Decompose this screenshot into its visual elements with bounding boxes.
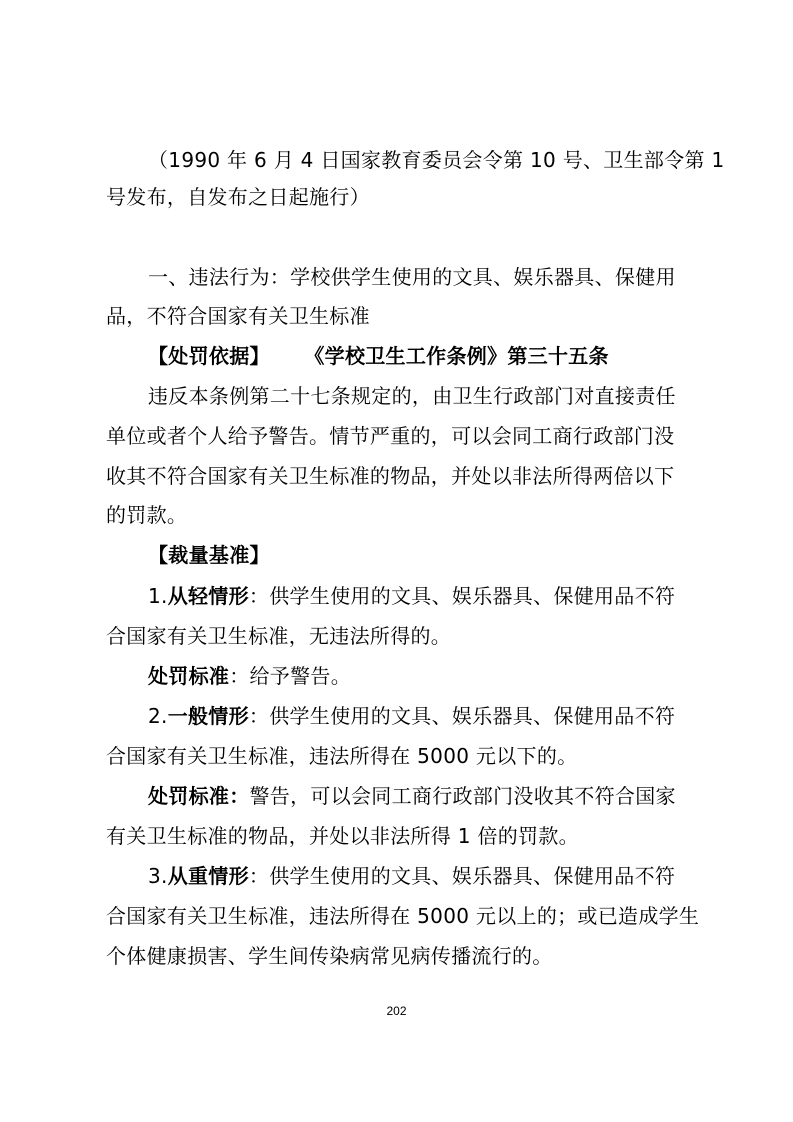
item-2-line-2: 合国家有关卫生标准，违法所得在 5000 元以下的。 bbox=[106, 742, 691, 770]
item-2-penalty-line-2: 有关卫生标准的物品，并处以非法所得 1 倍的罚款。 bbox=[106, 822, 691, 850]
penalty-basis-label: 【处罚依据】 bbox=[148, 344, 270, 368]
discretion-standard-heading: 【裁量基准】 bbox=[148, 541, 733, 569]
item-1-title: 从轻情形 bbox=[168, 584, 249, 608]
source-note-line-1: （1990 年 6 月 4 日国家教育委员会令第 10 号、卫生部令第 1 bbox=[148, 146, 733, 174]
item-2-penalty-text: 警告，可以会同工商行政部门没收其不符合国家 bbox=[250, 784, 676, 808]
regulation-text-line-1: 违反本条例第二十七条规定的，由卫生行政部门对直接责任 bbox=[148, 382, 733, 410]
item-1-text: ：供学生使用的文具、娱乐器具、保健用品不符 bbox=[249, 584, 675, 608]
item-3-line-1: 3.从重情形：供学生使用的文具、娱乐器具、保健用品不符 bbox=[148, 862, 733, 890]
penalty-basis: 【处罚依据】 《学校卫生工作条例》第三十五条 bbox=[148, 342, 733, 370]
regulation-text-line-3: 收其不符合国家有关卫生标准的物品，并处以非法所得两倍以下 bbox=[106, 462, 691, 490]
item-2-penalty-line-1: 处罚标准：警告，可以会同工商行政部门没收其不符合国家 bbox=[148, 782, 733, 810]
violation-line-1: 一、违法行为：学校供学生使用的文具、娱乐器具、保健用 bbox=[148, 263, 733, 291]
item-2-line-1: 2.一般情形：供学生使用的文具、娱乐器具、保健用品不符 bbox=[148, 702, 733, 730]
penalty-basis-reference: 《学校卫生工作条例》第三十五条 bbox=[304, 344, 609, 368]
item-1-penalty: 处罚标准：给予警告。 bbox=[148, 662, 733, 690]
source-note-line-2: 号发布，自发布之日起施行） bbox=[106, 183, 691, 211]
item-3-text: ：供学生使用的文具、娱乐器具、保健用品不符 bbox=[249, 864, 675, 888]
item-2-number: 2. bbox=[148, 704, 168, 728]
document-page: （1990 年 6 月 4 日国家教育委员会令第 10 号、卫生部令第 1 号发… bbox=[0, 0, 793, 1122]
item-3-number: 3. bbox=[148, 864, 168, 888]
item-1-line-1: 1.从轻情形：供学生使用的文具、娱乐器具、保健用品不符 bbox=[148, 582, 733, 610]
violation-line-2: 品，不符合国家有关卫生标准 bbox=[106, 302, 691, 330]
item-1-penalty-text: ：给予警告。 bbox=[229, 664, 351, 688]
item-3-title: 从重情形 bbox=[168, 864, 249, 888]
item-2-penalty-label: 处罚标准： bbox=[148, 784, 250, 808]
page-number: 202 bbox=[0, 1004, 793, 1018]
item-1-penalty-label: 处罚标准 bbox=[148, 664, 229, 688]
regulation-text-line-2: 单位或者个人给予警告。情节严重的，可以会同工商行政部门没 bbox=[106, 422, 691, 450]
item-3-line-3: 个体健康损害、学生间传染病常见病传播流行的。 bbox=[106, 942, 691, 970]
item-2-title: 一般情形 bbox=[168, 704, 249, 728]
item-1-line-2: 合国家有关卫生标准，无违法所得的。 bbox=[106, 622, 691, 650]
item-1-number: 1. bbox=[148, 584, 168, 608]
item-3-line-2: 合国家有关卫生标准，违法所得在 5000 元以上的；或已造成学生 bbox=[106, 902, 691, 930]
regulation-text-line-4: 的罚款。 bbox=[106, 501, 691, 529]
item-2-text: ：供学生使用的文具、娱乐器具、保健用品不符 bbox=[249, 704, 675, 728]
